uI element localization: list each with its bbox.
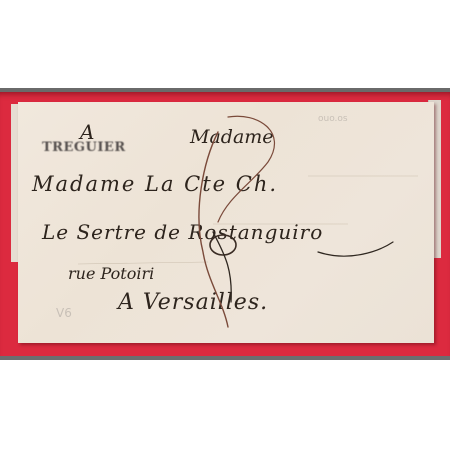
tax-mark-8 (18, 102, 434, 343)
pencil-note-top-right: ouo.os (318, 114, 348, 124)
folded-letter: TREGUIER A Madame Madame La Cte Ch. Le S… (18, 102, 434, 343)
frame-bottom-edge (0, 356, 450, 360)
pencil-note-bottom-left: V6 (56, 306, 72, 320)
